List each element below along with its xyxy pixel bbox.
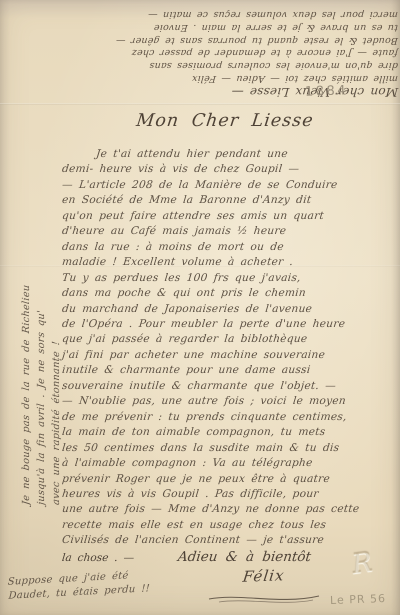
body-line: Tu y as perdues les 100 frs que j'avais, [61, 271, 397, 286]
body-line: une autre fois — Mme d'Anzy ne donne pas… [61, 502, 397, 517]
body-line: — L'article 208 de la Manière de se Cond… [61, 178, 397, 193]
body-line: Je t'ai attendu hier pendant une [61, 147, 397, 162]
letter-body: Je t'ai attendu hier pendant unedemi- he… [62, 147, 396, 549]
closing-text: Adieu & à bientôt [177, 549, 312, 565]
body-line: j'ai fini par acheter une machine souver… [61, 348, 397, 363]
body-line: prévenir Roger que je ne peux être à qua… [61, 472, 397, 487]
body-line: les 50 centimes dans la susdite main & t… [61, 441, 397, 456]
body-line: de me prévenir : tu prends cinquante cen… [61, 410, 397, 425]
closing-row: la chose . — Adieu & à bientôt [62, 549, 392, 565]
signature-flourish [205, 590, 325, 606]
salutation: Mon Cher Liesse [109, 111, 341, 131]
margin-note-line: avec une rapidité étonnante ! [49, 174, 64, 506]
margin-note-line: Je ne bouge pas de la rue de Richelieu [19, 174, 34, 506]
body-line: en Société de Mme la Baronne d'Anzy dit [61, 193, 397, 208]
pencil-date-annotation: 1884 [305, 83, 349, 99]
body-line: dans la rue : à moins de mort ou de [61, 240, 397, 255]
body-line: d'heure au Café mais jamais ½ heure [61, 224, 397, 239]
inverted-postscript-line: mille amitiés chez toi — Adieu — Félix [37, 71, 398, 84]
pencil-catalog-mark: Le PR 56 [330, 592, 386, 607]
signature: Félix [242, 566, 286, 585]
inverted-postscript-line: tu es un brave & je te serre la main . E… [37, 20, 398, 33]
blind-stamp-monogram: R [350, 547, 374, 581]
fold-crease-line [0, 103, 400, 105]
inverted-postscript-line: Boudet & le reste quand tu pourras sans … [37, 33, 398, 46]
left-margin-note: avec une rapidité étonnante !jusqu'à la … [16, 175, 64, 505]
body-line: maladie ! Excellent volume à acheter . [61, 255, 397, 270]
body-line: Civilisés de l'ancien Continent — je t'a… [61, 533, 397, 548]
body-line: la main de ton aimable compagnon, tu met… [61, 425, 397, 440]
inverted-postscript-line: faute — J'ai encore à te demander de pas… [37, 46, 398, 59]
body-line: heures vis à vis Goupil . Pas difficile,… [61, 487, 397, 502]
inverted-postscript-line: dire qu'on m'envoie les couleurs promise… [37, 58, 398, 71]
body-line: que j'ai passée à regarder la biblothèqu… [61, 332, 397, 347]
body-line: à l'aimable compagnon : Va au télégraphe [61, 456, 397, 471]
body-line: du marchand de Japonaiseries de l'avenue [61, 302, 397, 317]
body-line: inutile & charmante pour une dame aussi [61, 363, 397, 378]
body-line: de l'Opéra . Pour meubler la perte d'une… [61, 317, 397, 332]
margin-note-line: jusqu'à la fin avril . Je ne sors qu' [34, 174, 49, 506]
body-line: qu'on peut faire attendre ses amis un qu… [61, 209, 397, 224]
body-line: dans ma poche & qui ont pris le chemin [61, 286, 397, 301]
inverted-postscript-line: merci pour les deux volumes reçus ce mat… [37, 7, 398, 20]
body-line: demi- heure vis à vis de chez Goupil — [61, 162, 397, 177]
body-end-text: la chose . — [61, 552, 134, 564]
body-line: — N'oublie pas, une autre fois ; voici l… [61, 394, 397, 409]
body-line: souveraine inutile & charmante que l'obj… [61, 379, 397, 394]
body-line: recette mais elle est en usage chez tous… [61, 518, 397, 533]
letter-photograph: Mon cher Vieux Liesse —mille amitiés che… [0, 0, 400, 615]
